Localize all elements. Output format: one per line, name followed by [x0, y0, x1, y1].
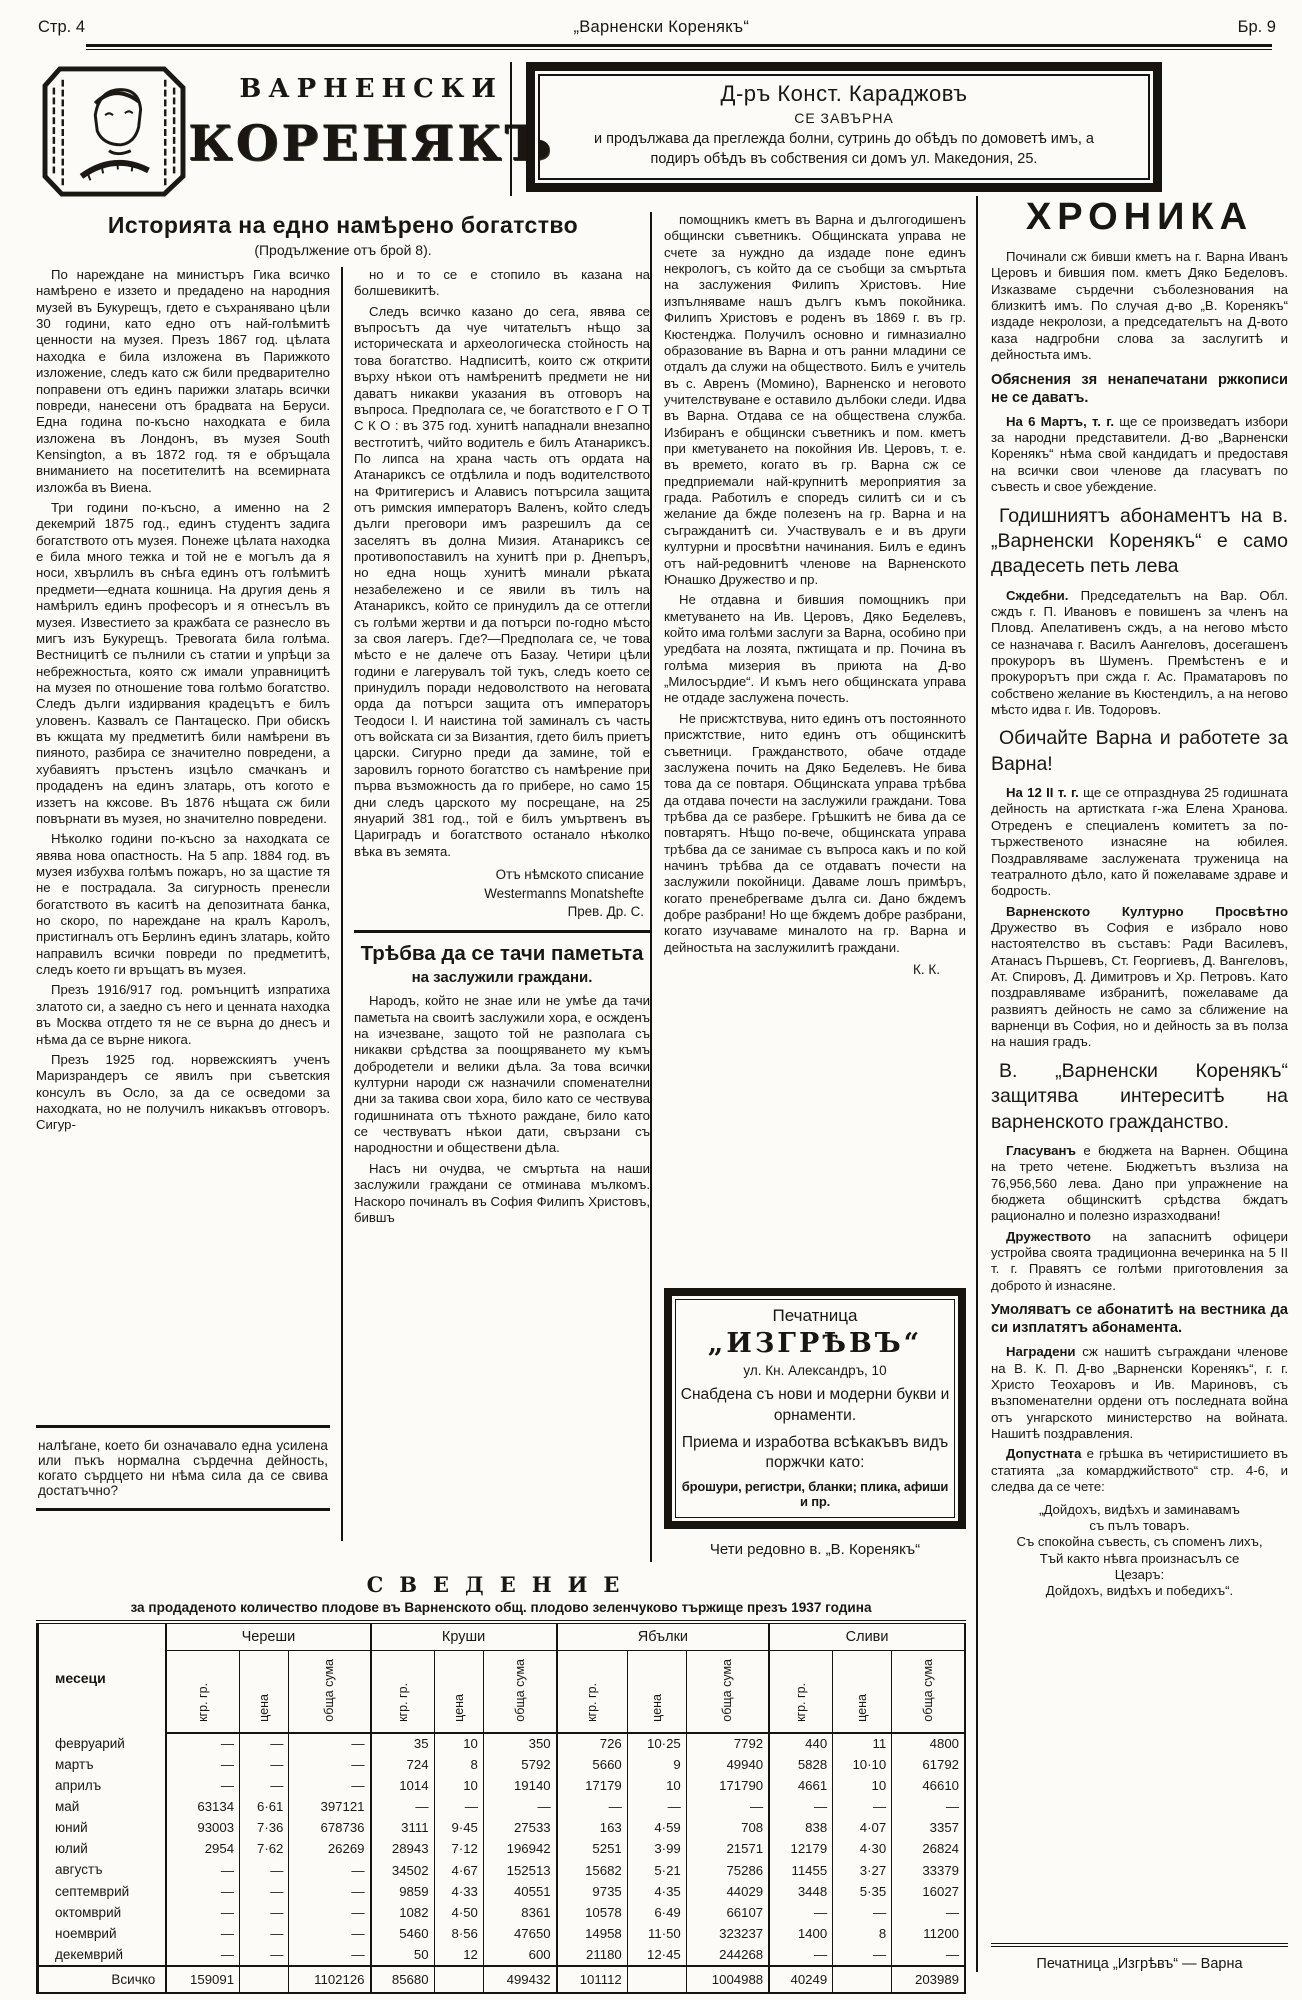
paragraph: Обяснения зя ненапечатани ржкописи не се…	[991, 371, 1288, 407]
table-cell: 40249	[769, 1966, 833, 1993]
doctor-ad: Д-ръ Конст. Караджовъ СЕ ЗАВЪРНА и продъ…	[526, 62, 1162, 192]
table-cell: 4·59	[627, 1817, 686, 1838]
table-subheader: кгр. гр.	[371, 1651, 435, 1733]
table-cell: 4·07	[833, 1817, 892, 1838]
table-cell: 21180	[557, 1944, 628, 1966]
table-cell: 75286	[686, 1859, 769, 1880]
table-cell: —	[627, 1796, 686, 1817]
market-table: месециЧерешиКрушиЯбълкиСливикгр. гр.цена…	[36, 1620, 966, 1994]
print-shop-ad: Печатница „ИЗГРѢВЪ“ ул. Кн. Александръ, …	[664, 1288, 966, 1529]
table-subheader-label: кгр. гр.	[585, 1683, 599, 1722]
table-cell: 4·35	[627, 1881, 686, 1902]
table-cell: —	[166, 1754, 239, 1775]
table-cell: 16027	[892, 1881, 965, 1902]
table-row: мартъ———724857925660949940582810·1061792	[38, 1754, 966, 1775]
table-cell: —	[769, 1944, 833, 1966]
table-cell: 4800	[892, 1733, 965, 1754]
treasure-article: Историята на едно намѣрено богатство (Пр…	[36, 212, 650, 1562]
table-cell: 40551	[483, 1881, 556, 1902]
table-cell: —	[166, 1923, 239, 1944]
table-cell: 708	[686, 1817, 769, 1838]
newspaper-page: Стр. 4 „Варненски Коренякъ“ Бр. 9 ВАРНЕН…	[0, 0, 1302, 2000]
paragraph: но и то се е стопило въ казана на болшев…	[354, 267, 650, 300]
table-cell: —	[240, 1733, 289, 1754]
table-cell: 34502	[371, 1859, 435, 1880]
table-cell: 203989	[892, 1966, 965, 1993]
table-cell: 5460	[371, 1923, 435, 1944]
print-ad-title: „ИЗГРѢВЪ“	[680, 1328, 950, 1359]
table-cell: 1014	[371, 1775, 435, 1796]
paragraph: Народъ, който не знае или не умѣе да тач…	[354, 993, 650, 1157]
table-cell: 1102126	[289, 1966, 371, 1993]
table-cell: 10	[833, 1775, 892, 1796]
imprint: Печатница „Изгрѣвъ“ — Варна	[991, 1943, 1288, 1972]
print-ad-line: брошури, регистри, бланки; плика, афиши …	[680, 1479, 950, 1509]
table-cell: —	[240, 1881, 289, 1902]
table-cell: 85680	[371, 1966, 435, 1993]
table-cell: 14958	[557, 1923, 628, 1944]
table-cell: 49940	[686, 1754, 769, 1775]
table-cell: 5828	[769, 1754, 833, 1775]
table-subheader: цена	[240, 1651, 289, 1733]
table-cell: —	[289, 1754, 371, 1775]
table-row: априлъ———1014101914017179101717904661104…	[38, 1775, 966, 1796]
second-article-title: Трѣбва да се тачи паметьта	[354, 942, 650, 966]
table-cell: 44029	[686, 1881, 769, 1902]
table-header-group: Череши	[166, 1622, 370, 1651]
table-header-group: Круши	[371, 1622, 557, 1651]
table-cell: 15682	[557, 1859, 628, 1880]
table-cell: 12·45	[627, 1944, 686, 1966]
table-cell: 27533	[483, 1817, 556, 1838]
table-cell: 323237	[686, 1923, 769, 1944]
table-cell: 3111	[371, 1817, 435, 1838]
table-cell: 724	[371, 1754, 435, 1775]
table-cell: —	[769, 1796, 833, 1817]
table-cell: 4·30	[833, 1838, 892, 1859]
chronicle-column: ХРОНИКА Починали сж бивши кметъ на г. Ва…	[976, 196, 1290, 1972]
table-cell: 726	[557, 1733, 628, 1754]
doctor-ad-title: Д-ръ Конст. Караджовъ	[535, 81, 1153, 107]
print-ad-label: Печатница	[680, 1306, 950, 1326]
table-month: юлий	[38, 1838, 167, 1859]
signature-line: Отъ нѣмското списание	[354, 866, 644, 885]
table-month: юний	[38, 1817, 167, 1838]
table-cell: 7·36	[240, 1817, 289, 1838]
page-number: Стр. 4	[38, 18, 85, 37]
paragraph: В. „Варненски Коренякъ“ защитява интерес…	[991, 1059, 1288, 1135]
table-cell: 11200	[892, 1923, 965, 1944]
table-cell: —	[240, 1923, 289, 1944]
table-subheader: кгр. гр.	[166, 1651, 239, 1733]
table-subheader: обща сума	[892, 1651, 965, 1733]
table-cell: —	[892, 1796, 965, 1817]
table-cell: 46610	[892, 1775, 965, 1796]
table-subheader: обща сума	[686, 1651, 769, 1733]
paragraph: На 12 II т. г. ще се отпразднува 25 годи…	[991, 785, 1288, 900]
vertical-divider	[510, 62, 512, 196]
table-month: мартъ	[38, 1754, 167, 1775]
paragraph: помощникъ кметъ въ Варна и дългогодишенъ…	[664, 212, 966, 588]
table-row: септемврий———98594·334055197354·35440293…	[38, 1881, 966, 1902]
signature-line: Прев. Др. С.	[354, 903, 644, 922]
table-subheader: цена	[627, 1651, 686, 1733]
table-month: февруарий	[38, 1733, 167, 1754]
table-cell	[627, 1966, 686, 1993]
main-columns: Историята на едно намѣрено богатство (Пр…	[36, 212, 966, 1994]
table-cell: 4·33	[434, 1881, 483, 1902]
table-row: декемврий———50126002118012·45244268———	[38, 1944, 966, 1966]
table-subheader-label: обща сума	[720, 1659, 734, 1722]
table-subheader-label: обща сума	[322, 1659, 336, 1722]
paragraph: Насъ ни очудва, че смъртьта на наши засл…	[354, 1161, 650, 1226]
table-cell: 3·99	[627, 1838, 686, 1859]
table-cell: 6·49	[627, 1902, 686, 1923]
table-row: ноемврий———54608·56476501495811·50323237…	[38, 1923, 966, 1944]
table-total-label: Всичко	[38, 1966, 167, 1993]
table-cell	[240, 1966, 289, 1993]
paragraph: Умоляватъ се абонатитѣ на вестника да си…	[991, 1301, 1288, 1337]
table-cell: 33379	[892, 1859, 965, 1880]
table-cell: 1004988	[686, 1966, 769, 1993]
table-subheader-label: цена	[855, 1694, 869, 1722]
second-article-subtitle: на заслужили граждани.	[354, 969, 650, 986]
table-cell: —	[240, 1944, 289, 1966]
table-cell: 3·27	[833, 1859, 892, 1880]
table-cell: 5660	[557, 1754, 628, 1775]
table-cell: 152513	[483, 1859, 556, 1880]
table-cell: 47650	[483, 1923, 556, 1944]
column-3: помощникъ кметъ въ Варна и дългогодишенъ…	[650, 212, 966, 1562]
table-cell: 397121	[289, 1796, 371, 1817]
market-report: СВЕДЕНИЕ за продаденото количество плодо…	[36, 1572, 966, 1994]
table-subheader-label: обща сума	[513, 1659, 527, 1722]
paragraph: Не присжтствува, нито единъ отъ постоянн…	[664, 711, 966, 956]
table-cell: —	[166, 1902, 239, 1923]
table-cell: 244268	[686, 1944, 769, 1966]
table-cell: 7792	[686, 1733, 769, 1754]
obituary-signature: К. К.	[664, 962, 966, 977]
running-title: „Варненски Коренякъ“	[573, 18, 749, 37]
table-cell	[833, 1966, 892, 1993]
paragraph: Сждебни. Председательтъ на Вар. Обл. сжд…	[991, 588, 1288, 719]
column-1: По нареждане на министъръ Гика всичко на…	[36, 267, 343, 1541]
table-cell: 5251	[557, 1838, 628, 1859]
table-cell: —	[240, 1754, 289, 1775]
table-cell: 93003	[166, 1817, 239, 1838]
page-header: Стр. 4 „Варненски Коренякъ“ Бр. 9	[38, 18, 1276, 37]
doctor-ad-subtitle: СЕ ЗАВЪРНА	[535, 110, 1153, 126]
table-cell: 4·67	[434, 1859, 483, 1880]
print-ad-address: ул. Кн. Александръ, 10	[680, 1363, 950, 1378]
table-cell: 11	[833, 1733, 892, 1754]
table-month: октомврий	[38, 1902, 167, 1923]
masthead: ВАРНЕНСКИ КОРЕНЯКЪ	[40, 64, 502, 214]
table-subheader-label: цена	[452, 1694, 466, 1722]
table-subheader: обща сума	[483, 1651, 556, 1733]
table-cell: 678736	[289, 1817, 371, 1838]
table-cell: —	[371, 1796, 435, 1817]
paragraph: Наградени сж нашитѣ съграждани членове н…	[991, 1344, 1288, 1442]
table-cell: 9	[627, 1754, 686, 1775]
table-subheader: кгр. гр.	[769, 1651, 833, 1733]
table-cell: 35	[371, 1733, 435, 1754]
table-row: май631346·61397121—————————	[38, 1796, 966, 1817]
obituary-text: помощникъ кметъ въ Варна и дългогодишенъ…	[664, 212, 966, 960]
second-article-text: Народъ, който не знае или не умѣе да тач…	[354, 993, 650, 1230]
paragraph: Починали сж бивши кметъ на г. Варна Иван…	[991, 249, 1288, 364]
table-cell: 9735	[557, 1881, 628, 1902]
table-cell: 8·56	[434, 1923, 483, 1944]
paragraph: Гласуванъ е бюджета на Варнен. Община на…	[991, 1143, 1288, 1225]
masthead-logo-knight-icon	[40, 64, 188, 200]
table-cell: —	[289, 1733, 371, 1754]
article-column-2-text: но и то се е стопило въ казана на болшев…	[354, 267, 650, 864]
article-title: Историята на едно намѣрено богатство	[36, 212, 650, 239]
table-cell: 3448	[769, 1881, 833, 1902]
table-cell: —	[240, 1775, 289, 1796]
read-regularly-note: Чети редовно в. „В. Коренякъ“	[664, 1541, 966, 1558]
table-month: май	[38, 1796, 167, 1817]
table-subheader: обща сума	[289, 1651, 371, 1733]
second-article-header: Трѣбва да се тачи паметьта на заслужили …	[354, 930, 650, 993]
table-subheader-label: обща сума	[921, 1659, 935, 1722]
table-cell: 196942	[483, 1838, 556, 1859]
table-cell: 26269	[289, 1838, 371, 1859]
table-cell: 11455	[769, 1859, 833, 1880]
masthead-title-main: КОРЕНЯКЪ	[188, 114, 554, 172]
table-cell: 12179	[769, 1838, 833, 1859]
table-cell: —	[240, 1859, 289, 1880]
table-subheader: кгр. гр.	[557, 1651, 628, 1733]
table-cell: —	[166, 1775, 239, 1796]
signature-line: Westermanns Monatshefte	[354, 885, 644, 904]
article-header: Историята на едно намѣрено богатство (Пр…	[36, 212, 650, 258]
table-cell: —	[166, 1881, 239, 1902]
table-cell: 4·50	[434, 1902, 483, 1923]
table-cell: 6·61	[240, 1796, 289, 1817]
table-subheader-label: цена	[257, 1694, 271, 1722]
table-cell: —	[557, 1796, 628, 1817]
table-cell: 8	[833, 1923, 892, 1944]
table-cell: 101112	[557, 1966, 628, 1993]
table-subheader: цена	[833, 1651, 892, 1733]
table-subheader-label: цена	[650, 1694, 664, 1722]
table-cell: 26824	[892, 1838, 965, 1859]
print-ad-line: Снабдена съ нови и модерни букви и орнам…	[680, 1385, 950, 1425]
table-total-row: Всичко1590911102126856804994321011121004…	[38, 1966, 966, 1993]
paragraph: Допустната е грѣшка въ четиристишието въ…	[991, 1446, 1288, 1495]
table-row: февруарий———351035072610·257792440114800	[38, 1733, 966, 1754]
table-cell: 10	[434, 1733, 483, 1754]
table-cell: —	[434, 1796, 483, 1817]
paragraph: Презъ 1916/917 год. ромънцитѣ изпратиха …	[36, 982, 330, 1047]
table-cell: 5792	[483, 1754, 556, 1775]
table-cell: 7·12	[434, 1838, 483, 1859]
table-month: септемврий	[38, 1881, 167, 1902]
table-cell: —	[289, 1902, 371, 1923]
print-ad-line: Приема и изработва всѣкакъвъ видъ поржчк…	[680, 1433, 950, 1473]
article-column-1-text: По нареждане на министъръ Гика всичко на…	[36, 267, 330, 1138]
table-cell: 12	[434, 1944, 483, 1966]
table-cell: 21571	[686, 1838, 769, 1859]
table-subheader-label: кгр. гр.	[196, 1683, 210, 1722]
article-signature: Отъ нѣмското списание Westermanns Monats…	[354, 866, 644, 922]
paragraph: Три години по-късно, а именно на 2 декем…	[36, 500, 330, 827]
table-cell: 171790	[686, 1775, 769, 1796]
table-cell: 10578	[557, 1902, 628, 1923]
table-cell: 4661	[769, 1775, 833, 1796]
table-cell: 1400	[769, 1923, 833, 1944]
table-row: августъ———345024·67152513156825·21752861…	[38, 1859, 966, 1880]
table-row: юний930037·3667873631119·45275331634·597…	[38, 1817, 966, 1838]
table-cell: 10·10	[833, 1754, 892, 1775]
table-cell: 66107	[686, 1902, 769, 1923]
table-cell: —	[289, 1775, 371, 1796]
table-cell: 499432	[483, 1966, 556, 1993]
masthead-titles: ВАРНЕНСКИ КОРЕНЯКЪ	[188, 64, 554, 172]
paragraph: Годишниятъ абонаментъ на в. „Варненски К…	[991, 504, 1288, 580]
table-cell: 19140	[483, 1775, 556, 1796]
paragraph: Дружеството на запаснитѣ офицери устройв…	[991, 1229, 1288, 1294]
paragraph: Не отдавна и бившия помощникъ при кметув…	[664, 592, 966, 707]
table-cell: —	[166, 1733, 239, 1754]
table-cell: 600	[483, 1944, 556, 1966]
table-cell: 163	[557, 1817, 628, 1838]
table-cell: —	[166, 1944, 239, 1966]
paragraph: Обичайте Варна и работете за Варна!	[991, 726, 1288, 777]
masthead-title-top: ВАРНЕНСКИ	[188, 74, 554, 104]
table-header-months: месеци	[38, 1622, 167, 1733]
table-month: декемврий	[38, 1944, 167, 1966]
table-cell: 50	[371, 1944, 435, 1966]
verse-paragraph: „Дойдохъ, видѣхъ и заминавамъ съ пълъ то…	[991, 1502, 1288, 1600]
table-cell: —	[833, 1944, 892, 1966]
table-month: ноемврий	[38, 1923, 167, 1944]
column-2: но и то се е стопило въ казана на болшев…	[343, 267, 650, 1541]
table-month: августъ	[38, 1859, 167, 1880]
table-cell: —	[769, 1902, 833, 1923]
table-cell: 7·62	[240, 1838, 289, 1859]
chronicle-items: Починали сж бивши кметъ на г. Варна Иван…	[991, 249, 1288, 1604]
table-header-group: Сливи	[769, 1622, 965, 1651]
table-cell: 1082	[371, 1902, 435, 1923]
table-cell: —	[833, 1796, 892, 1817]
table-cell: 61792	[892, 1754, 965, 1775]
table-cell: 2954	[166, 1838, 239, 1859]
table-cell: —	[686, 1796, 769, 1817]
table-cell	[434, 1966, 483, 1993]
table-cell: —	[289, 1944, 371, 1966]
table-cell: 10	[627, 1775, 686, 1796]
table-cell: 838	[769, 1817, 833, 1838]
issue-number: Бр. 9	[1238, 18, 1276, 37]
table-cell: —	[289, 1923, 371, 1944]
table-cell: —	[892, 1944, 965, 1966]
market-report-title: СВЕДЕНИЕ	[36, 1572, 966, 1597]
table-row: юлий29547·6226269289437·1219694252513·99…	[38, 1838, 966, 1859]
table-cell: 10	[434, 1775, 483, 1796]
table-cell: 159091	[166, 1966, 239, 1993]
table-cell: 9859	[371, 1881, 435, 1902]
paragraph: По нареждане на министъръ Гика всичко на…	[36, 267, 330, 496]
article-subtitle: (Продължение отъ брой 8).	[36, 242, 650, 258]
paragraph: Следъ всичко казано до сега, явява се въ…	[354, 304, 650, 860]
table-cell: 350	[483, 1733, 556, 1754]
table-subheader-label: кгр. гр.	[396, 1683, 410, 1722]
table-month: априлъ	[38, 1775, 167, 1796]
table-cell: 8361	[483, 1902, 556, 1923]
table-cell: —	[892, 1902, 965, 1923]
paragraph: Презъ 1925 год. норвежскиятъ ученъ Мариз…	[36, 1052, 330, 1134]
table-subheader-label: кгр. гр.	[794, 1683, 808, 1722]
paragraph: Варненското Културно Просвѣтно Дружество…	[991, 904, 1288, 1051]
table-subheader: цена	[434, 1651, 483, 1733]
table-cell: 17179	[557, 1775, 628, 1796]
table-cell: 5·35	[833, 1881, 892, 1902]
table-cell: 440	[769, 1733, 833, 1754]
paragraph: Нѣколко години по-късно за находката се …	[36, 831, 330, 978]
doctor-ad-body: и продължава да преглежда болни, сутринь…	[577, 130, 1111, 169]
table-cell: 28943	[371, 1838, 435, 1859]
table-row: октомврий———10824·508361105786·4966107——…	[38, 1902, 966, 1923]
table-header-group: Ябълки	[557, 1622, 770, 1651]
market-report-subtitle: за продаденото количество плодове въ Вар…	[36, 1600, 966, 1615]
table-cell: —	[833, 1902, 892, 1923]
table-cell: 11·50	[627, 1923, 686, 1944]
table-cell: 63134	[166, 1796, 239, 1817]
table-cell: 9·45	[434, 1817, 483, 1838]
table-cell: 5·21	[627, 1859, 686, 1880]
table-cell: —	[289, 1881, 371, 1902]
stray-note: налѣгане, което би означавало една усиле…	[36, 1425, 330, 1511]
header-rule	[86, 44, 1272, 50]
paragraph: На 6 Мартъ, т. г. ще се произведатъ избо…	[991, 414, 1288, 496]
table-cell: —	[483, 1796, 556, 1817]
table-cell: 8	[434, 1754, 483, 1775]
table-cell: 3357	[892, 1817, 965, 1838]
table-cell: —	[240, 1902, 289, 1923]
table-cell: —	[166, 1859, 239, 1880]
table-cell: 10·25	[627, 1733, 686, 1754]
chronicle-title: ХРОНИКА	[991, 196, 1288, 239]
table-cell: —	[289, 1859, 371, 1880]
